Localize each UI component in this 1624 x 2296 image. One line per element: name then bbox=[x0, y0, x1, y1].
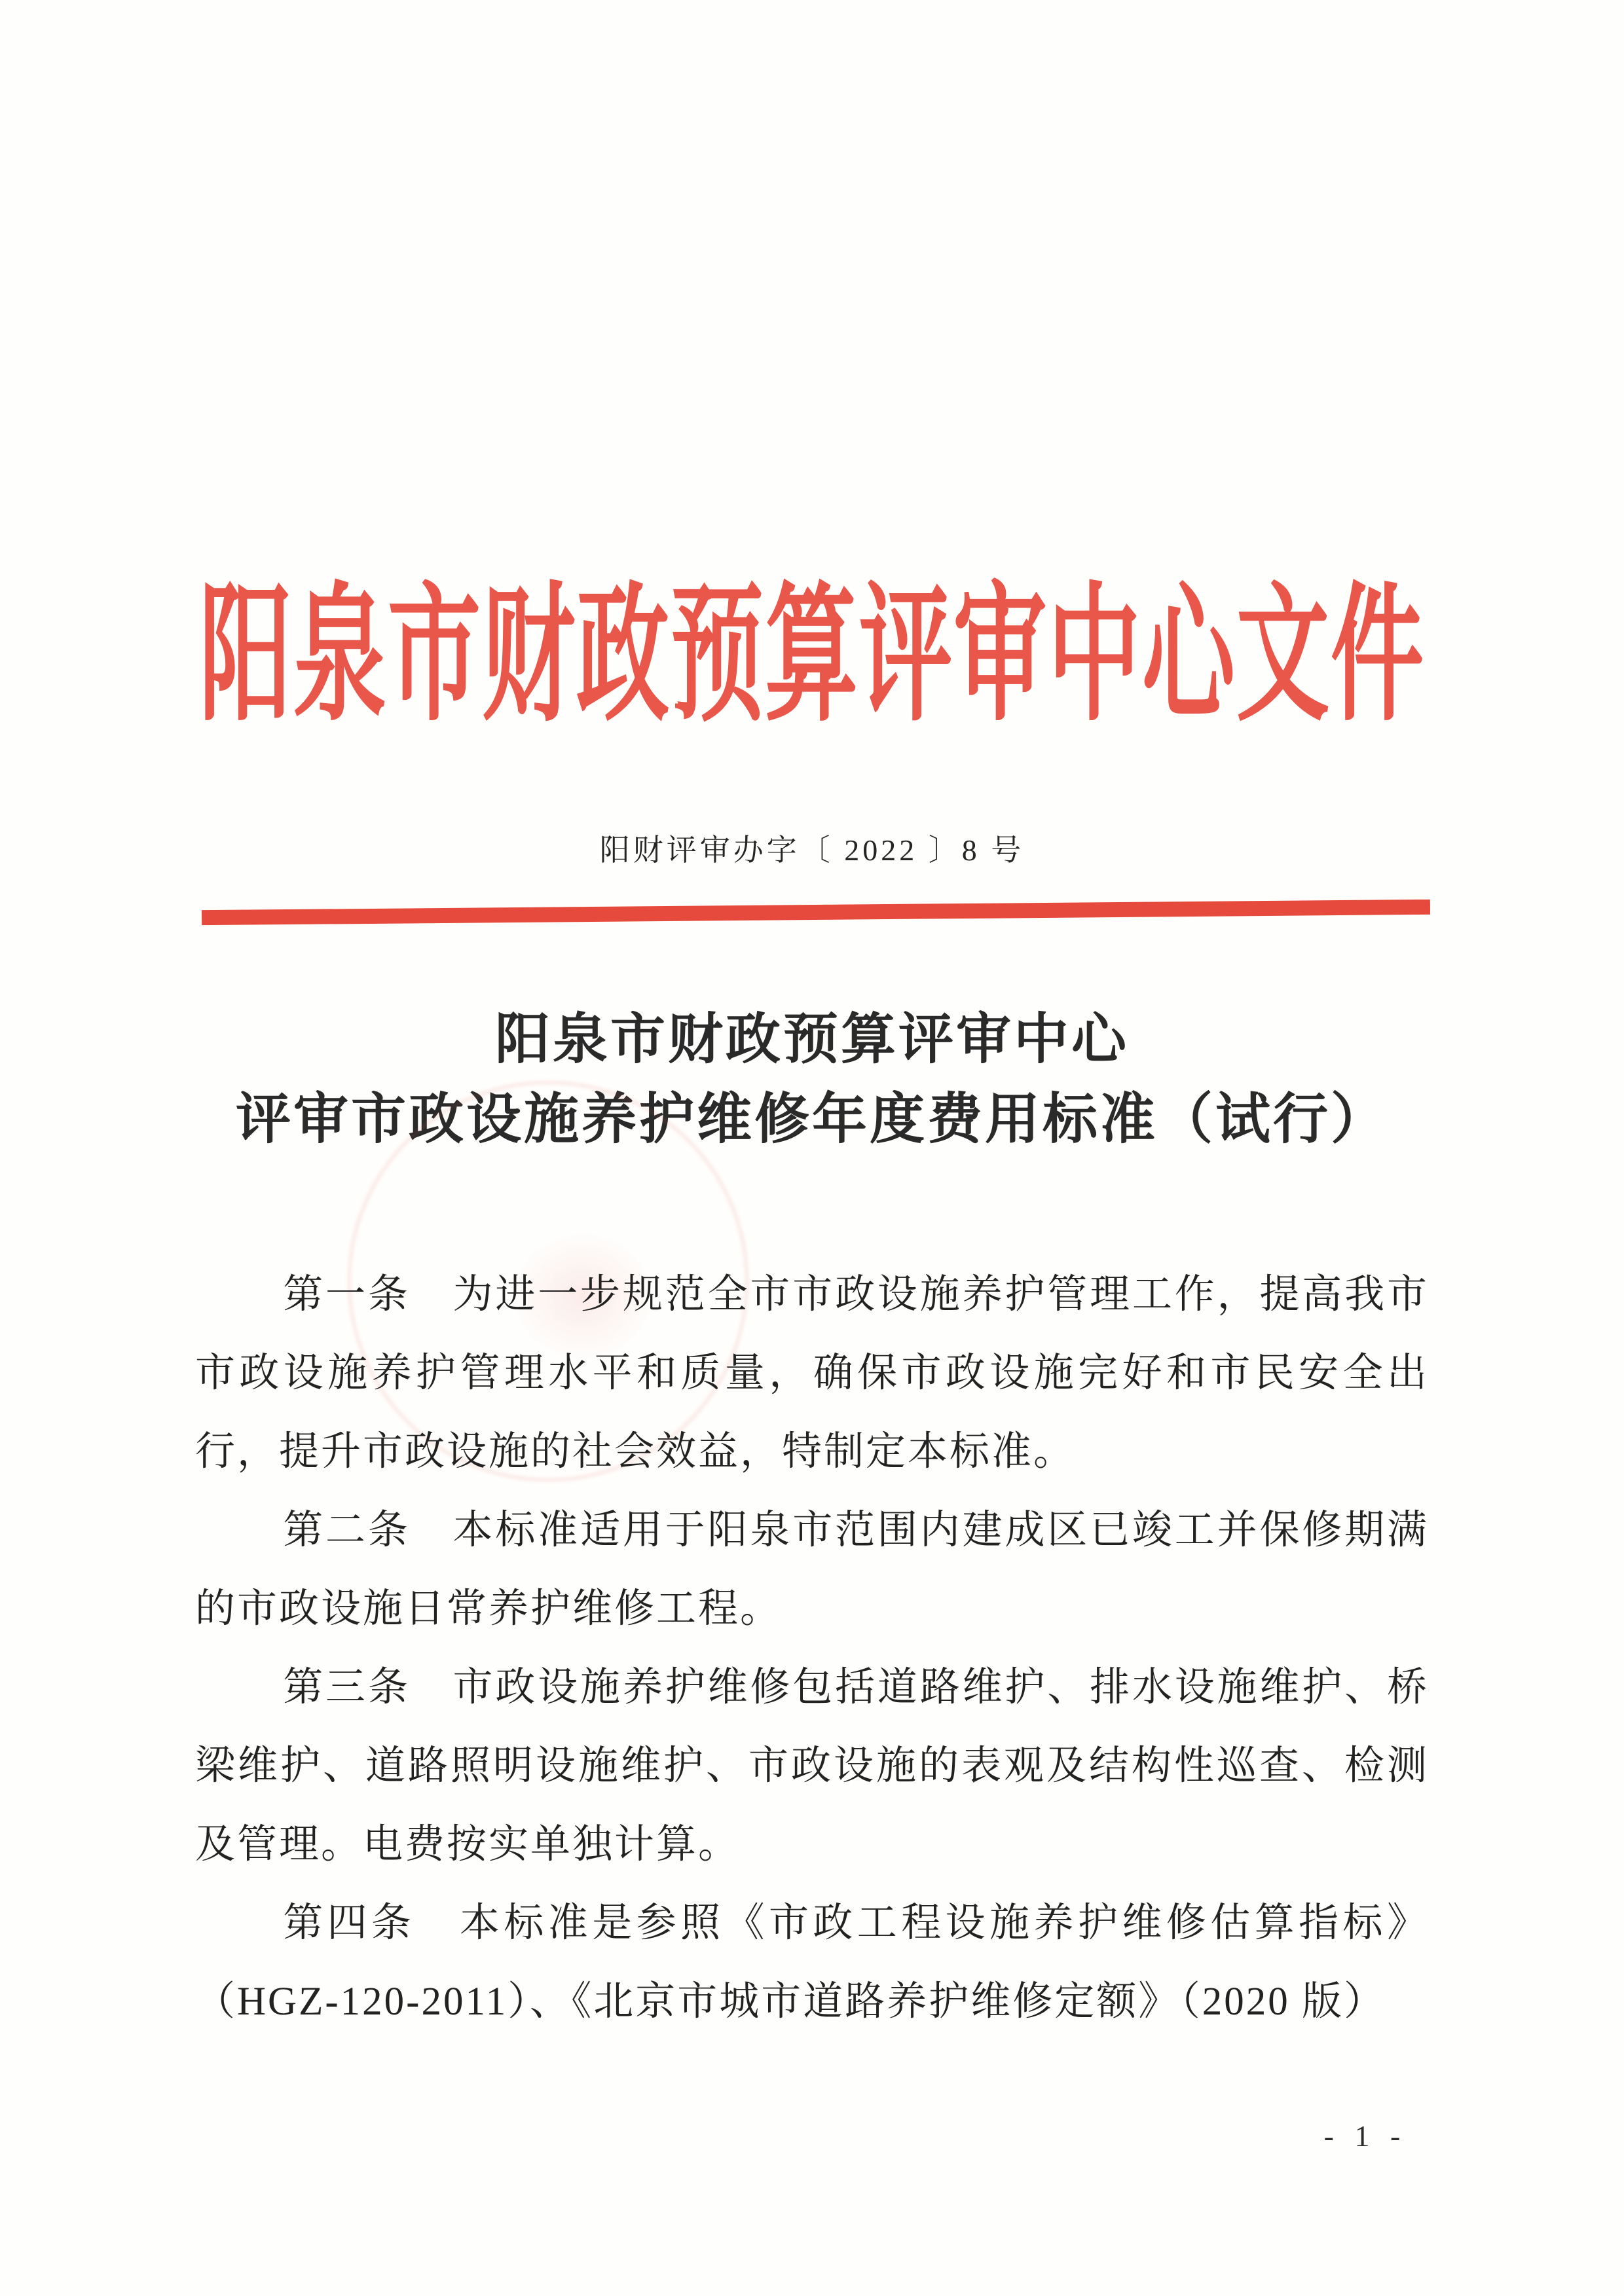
red-separator-line bbox=[202, 900, 1430, 925]
document-body: 第一条 为进一步规范全市市政设施养护管理工作，提高我市市政设施养护管理水平和质量… bbox=[195, 1256, 1429, 2041]
document-title-line2: 评审市政设施养护维修年度费用标准（试行） bbox=[0, 1080, 1624, 1160]
document-title-line1: 阳泉市财政预算评审中心 bbox=[0, 1000, 1624, 1080]
paragraph-article-4: 第四条 本标准是参照《市政工程设施养护维修估算指标》（HGZ-120-2011）… bbox=[195, 1884, 1429, 2041]
document-page: 阳泉市财政预算评审中心文件 阳财评审办字〔 2022 〕8 号 阳泉市财政预算评… bbox=[0, 0, 1624, 2296]
paragraph-article-3: 第三条 市政设施养护维修包括道路维护、排水设施维护、桥梁维护、道路照明设施维护、… bbox=[195, 1649, 1429, 1884]
document-title: 阳泉市财政预算评审中心 评审市政设施养护维修年度费用标准（试行） bbox=[0, 1000, 1624, 1160]
page-number: - 1 - bbox=[1287, 2119, 1444, 2153]
red-header-title: 阳泉市财政预算评审中心文件 bbox=[0, 536, 1624, 749]
paragraph-article-1: 第一条 为进一步规范全市市政设施养护管理工作，提高我市市政设施养护管理水平和质量… bbox=[195, 1256, 1429, 1491]
paragraph-article-2: 第二条 本标准适用于阳泉市范围内建成区已竣工并保修期满的市政设施日常养护维修工程… bbox=[195, 1491, 1429, 1649]
document-issue-number: 阳财评审办字〔 2022 〕8 号 bbox=[0, 826, 1624, 869]
